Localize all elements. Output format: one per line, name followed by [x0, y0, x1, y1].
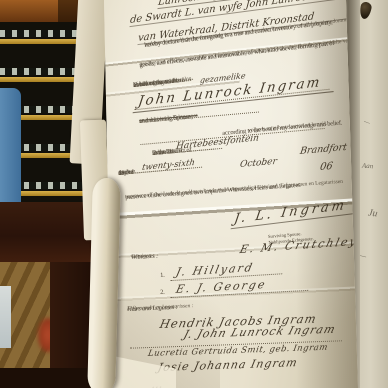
faint-text-fragment: —	[359, 251, 367, 260]
faint-text-fragment: —	[363, 117, 372, 127]
faint-text-fragment: Aan	[362, 162, 374, 171]
witnesses-nl: Getuigen :	[131, 253, 155, 261]
blue-chair-back	[0, 88, 21, 216]
light-sliver	[0, 286, 11, 348]
handwritten-day: twenty-sixth	[141, 158, 195, 173]
rolled-paper-edge	[87, 178, 121, 388]
handwritten-place: Hartebeestfontein	[175, 133, 259, 152]
faint-text-fragment: Ju	[367, 207, 378, 219]
photo-of-archive-document: Aan Ju — — Lunrock Ingram, Boschuiten de…	[0, 0, 388, 388]
witness-1-number: 1.	[160, 272, 165, 280]
witness-2-number: 2.	[160, 289, 165, 297]
chair-bottom-shadow	[0, 368, 100, 388]
surviving-spouse-label: Surviving Spouse. Nablijvende Echtgenote…	[268, 234, 269, 240]
handwritten-year-digits: 06	[319, 161, 333, 173]
handwritten-month: October	[239, 157, 277, 170]
